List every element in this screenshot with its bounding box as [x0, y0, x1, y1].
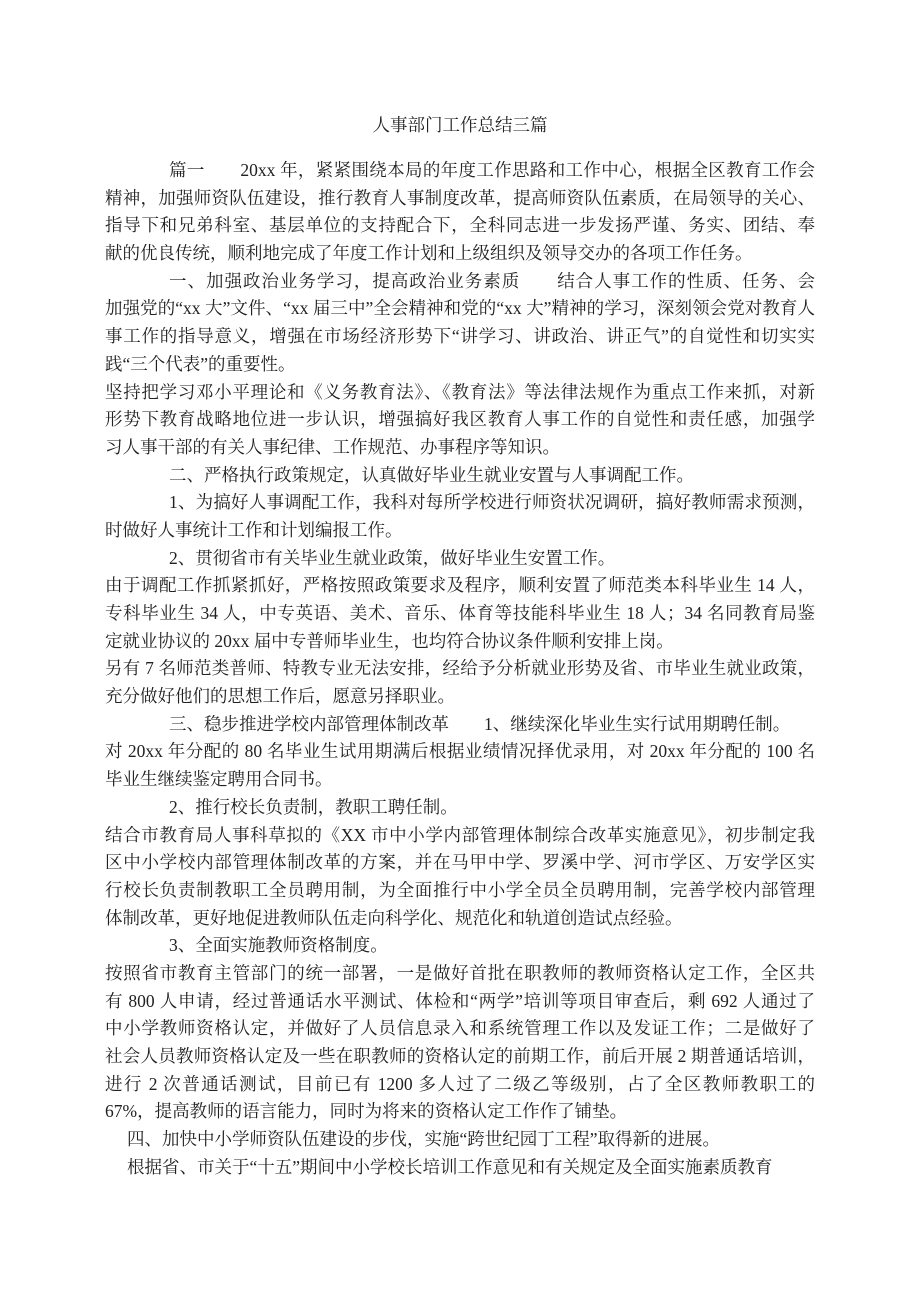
text-line: 中小学教师资格认定，并做好了人员信息录入和系统管理工作以及发证工作；二是做好了: [105, 1015, 815, 1043]
text-line: 对 20xx 年分配的 80 名毕业生试用期满后根据业绩情况择优录用，对 20x…: [105, 738, 815, 766]
text-line: 3、全面实施教师资格制度。: [105, 932, 815, 960]
text-line: 习人事干部的有关人事纪律、工作规范、办事程序等知识。: [105, 434, 815, 462]
page-title: 人事部门工作总结三篇: [105, 111, 815, 139]
text-line: 充分做好他们的思想工作后，愿意另择职业。: [105, 683, 815, 711]
text-line: 一、加强政治业务学习，提高政治业务素质 结合人事工作的性质、任务、会议，: [105, 268, 815, 296]
text-line: 三、稳步推进学校内部管理体制改革 1、继续深化毕业生实行试用期聘任制。: [105, 711, 815, 739]
text-line: 2、贯彻省市有关毕业生就业政策，做好毕业生安置工作。: [105, 545, 815, 573]
text-line: 时做好人事统计工作和计划编报工作。: [105, 517, 815, 545]
text-line: 有 800 人申请，经过普通话水平测试、体检和“两学”培训等项目审查后，剩 69…: [105, 988, 815, 1016]
text-line: 精神，加强师资队伍建设，推行教育人事制度改革，提高师资队伍素质，在局领导的关心、: [105, 185, 815, 213]
text-line: 二、严格执行政策规定，认真做好毕业生就业安置与人事调配工作。: [105, 462, 815, 490]
text-line: 坚持把学习邓小平理论和《义务教育法》、《教育法》等法律法规作为重点工作来抓，对新: [105, 379, 815, 407]
text-line: 献的优良传统，顺利地完成了年度工作计划和上级组织及领导交办的各项工作任务。: [105, 240, 815, 268]
text-line: 根据省、市关于“十五”期间中小学校长培训工作意见和有关规定及全面实施素质教育: [105, 1154, 815, 1182]
text-line: 区中小学校内部管理体制改革的方案，并在马甲中学、罗溪中学、河市学区、万安学区实: [105, 849, 815, 877]
document-page: 人事部门工作总结三篇 篇一 20xx 年，紧紧围绕本局的年度工作思路和工作中心，…: [0, 0, 920, 1302]
text-line: 篇一 20xx 年，紧紧围绕本局的年度工作思路和工作中心，根据全区教育工作会议: [105, 157, 815, 185]
text-line: 进行 2 次普通话测试，目前已有 1200 多人过了二级乙等级别，占了全区教师教…: [105, 1071, 815, 1099]
text-line: 专科毕业生 34 人，中专英语、美术、音乐、体育等技能科毕业生 18 人；34 …: [105, 600, 815, 628]
text-line: 四、加快中小学师资队伍建设的步伐，实施“跨世纪园丁工程”取得新的进展。: [105, 1126, 815, 1154]
text-line: 1、为搞好人事调配工作，我科对每所学校进行师资状况调研，搞好教师需求预测，及: [105, 489, 815, 517]
text-line: 毕业生继续鉴定聘用合同书。: [105, 766, 815, 794]
text-line: 社会人员教师资格认定及一些在职教师的资格认定的前期工作，前后开展 2 期普通话培…: [105, 1043, 815, 1071]
text-line: 67%，提高教师的语言能力，同时为将来的资格认定工作作了铺垫。: [105, 1098, 815, 1126]
text-line: 按照省市教育主管部门的统一部署，一是做好首批在职教师的教师资格认定工作，全区共: [105, 960, 815, 988]
text-line: 另有 7 名师范类普师、特教专业无法安排，经给予分析就业形势及省、市毕业生就业政…: [105, 655, 815, 683]
text-line: 践“三个代表”的重要性。: [105, 351, 815, 379]
text-line: 行校长负责制教职工全员聘用制，为全面推行中小学全员全员聘用制，完善学校内部管理: [105, 877, 815, 905]
text-line: 2、推行校长负责制，教职工聘任制。: [105, 794, 815, 822]
text-line: 加强党的“xx 大”文件、“xx 届三中”全会精神和党的“xx 大”精神的学习，…: [105, 295, 815, 323]
text-line: 结合市教育局人事科草拟的《XX 市中小学内部管理体制综合改革实施意见》，初步制定…: [105, 822, 815, 850]
text-line: 形势下教育战略地位进一步认识，增强搞好我区教育人事工作的自觉性和责任感，加强学: [105, 406, 815, 434]
text-line: 事工作的指导意义，增强在市场经济形势下“讲学习、讲政治、讲正气”的自觉性和切实实: [105, 323, 815, 351]
text-line: 指导下和兄弟科室、基层单位的支持配合下，全科同志进一步发扬严谨、务实、团结、奉: [105, 212, 815, 240]
text-line: 由于调配工作抓紧抓好，严格按照政策要求及程序，顺利安置了师范类本科毕业生 14 …: [105, 572, 815, 600]
text-line: 定就业协议的 20xx 届中专普师毕业生，也均符合协议条件顺利安排上岗。: [105, 628, 815, 656]
document-body: 篇一 20xx 年，紧紧围绕本局的年度工作思路和工作中心，根据全区教育工作会议精…: [105, 157, 815, 1181]
text-line: 体制改革，更好地促进教师队伍走向科学化、规范化和轨道创造试点经验。: [105, 905, 815, 933]
